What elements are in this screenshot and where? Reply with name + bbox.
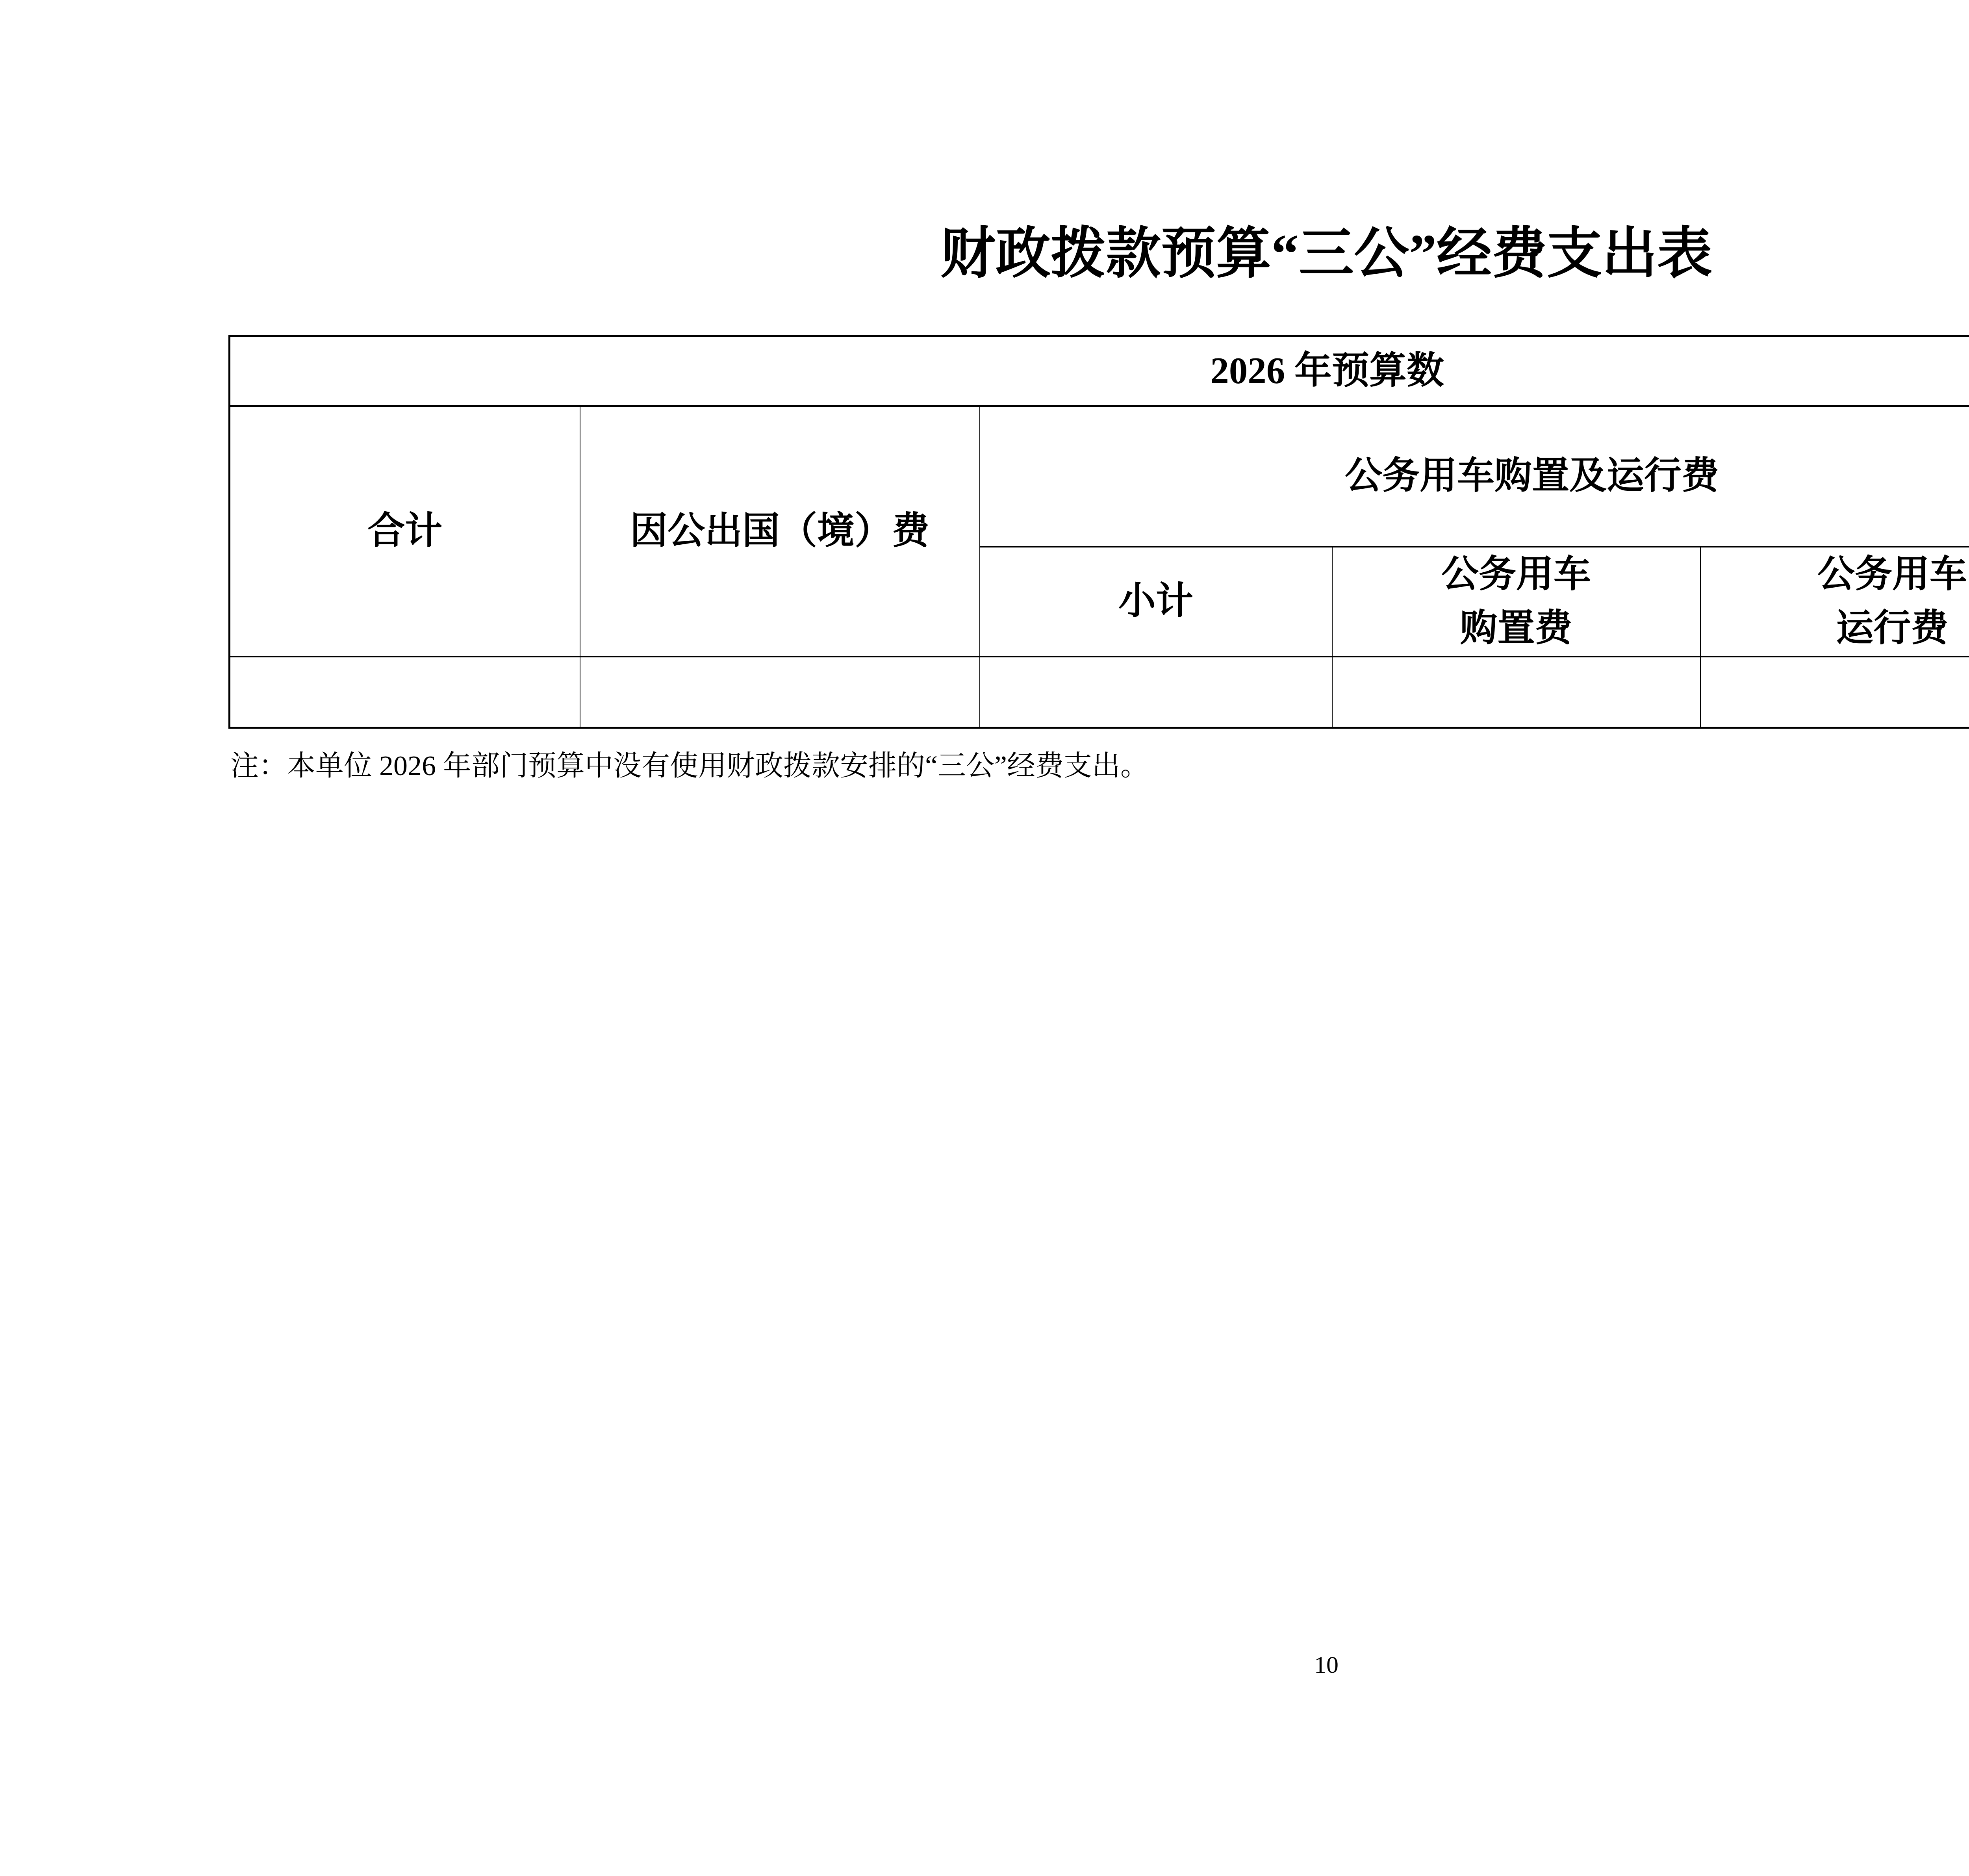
data-cell-vehicle-subtotal bbox=[980, 657, 1332, 727]
data-cell-abroad bbox=[580, 657, 980, 727]
page-number: 10 bbox=[0, 1651, 1969, 1679]
group-header-row: 合计 因公出国（境）费 公务用车购置及运行费 公务 接待费 bbox=[230, 406, 1969, 547]
year-header-cell: 2026 年预算数 bbox=[230, 336, 1969, 406]
budget-table: 2026 年预算数 合计 因公出国（境）费 公务用车购置及运行费 公务 接待费 … bbox=[228, 335, 1969, 729]
page-title: 财政拨款预算“三公”经费支出表 bbox=[0, 224, 1969, 284]
header-vehicle-operation-line1: 公务用车 bbox=[1701, 547, 1969, 602]
header-vehicle-subtotal: 小计 bbox=[980, 547, 1332, 657]
note-text: 注：本单位 2026 年部门预算中没有使用财政拨款安排的“三公”经费支出。 bbox=[230, 748, 1149, 785]
header-vehicle-operation: 公务用车 运行费 bbox=[1700, 547, 1969, 657]
header-vehicle-operation-line2: 运行费 bbox=[1701, 601, 1969, 656]
data-cell-total bbox=[230, 657, 580, 727]
data-row bbox=[230, 657, 1969, 727]
header-vehicle-purchase: 公务用车 购置费 bbox=[1332, 547, 1700, 657]
year-header-row: 2026 年预算数 bbox=[230, 336, 1969, 406]
header-total: 合计 bbox=[230, 406, 580, 657]
header-abroad: 因公出国（境）费 bbox=[580, 406, 980, 657]
data-cell-vehicle-operation bbox=[1700, 657, 1969, 727]
document-page: 单位公开表 9 财政拨款预算“三公”经费支出表 单位：万元 2026 年预算数 … bbox=[0, 0, 1969, 1876]
header-vehicle-group: 公务用车购置及运行费 bbox=[980, 406, 1969, 547]
header-vehicle-purchase-line2: 购置费 bbox=[1333, 601, 1700, 656]
header-vehicle-purchase-line1: 公务用车 bbox=[1333, 547, 1700, 602]
data-cell-vehicle-purchase bbox=[1332, 657, 1700, 727]
